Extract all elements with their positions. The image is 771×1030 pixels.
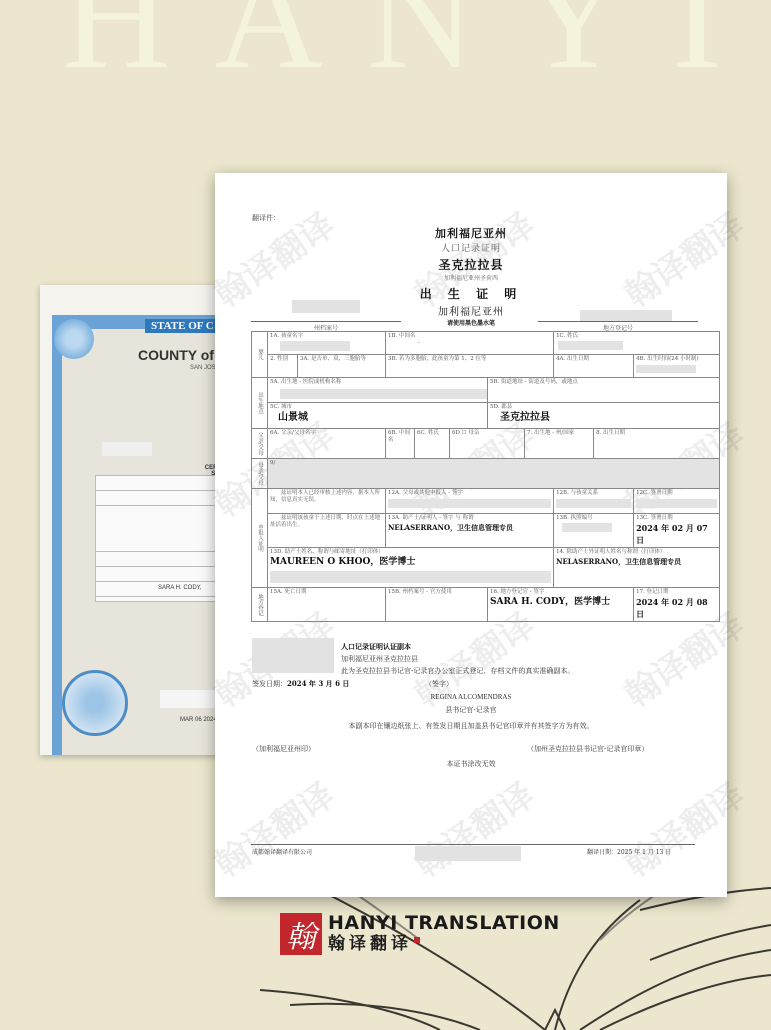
field-2: 2. 性别 [268,355,298,378]
redaction [292,300,360,313]
bg-letter: H [62,0,170,92]
date-issued: MAR 06 2024 [180,717,217,723]
footer-translation-date: 翻译日期：2025 年 1 月 13 日 [587,847,671,856]
field-3a: 3A. 是否单、双、三胞胎等 [298,355,386,378]
field-4b: 4B. 出生时间(24 小时制) [634,355,720,378]
void-note: 本证书涂改无效 [215,759,727,769]
redaction [102,442,152,456]
statement-attendant: 兹证明该孩童于上述日期、时点在上述地址活着出生。 [268,514,386,548]
redaction [580,310,672,321]
field-15b: 15B. 州档案号 - 官方使用 [386,588,488,622]
logo-dot-icon [414,937,420,943]
logo-mark-icon: 翰 [280,913,322,955]
field-16: 16. 地方登记官 - 签字SARA H. CODY，医学博士 [488,588,634,622]
validity-note: 本副本印在镶边纸张上、有签发日期且加盖县书记官印章并有其签字方为有效。 [215,721,727,731]
ornament-icon [54,319,94,359]
auth-county: 加利福尼亚州圣克拉拉县 [341,654,418,664]
logo-english: HANYI TRANSLATION [328,913,560,933]
signature-label: （签字） [425,679,453,689]
watermark: 翰译翻译 [403,768,543,886]
book-illustration-icon [0,880,771,1030]
field-1c: 1C. 姓氏 [554,332,720,355]
field-12c: 12C. 签署日期 [634,489,720,514]
statement-parent: 兹证明本人已经审核上述内容，据本人所知，信息真实无误。 [268,489,386,514]
field-5c: 5C. 城市山景城 [268,403,488,429]
bg-letter: A [215,0,323,92]
registrar-title: 县书记官-记录官 [215,705,727,715]
auth-statement: 此为圣克拉拉县书记官-记录官办公室正式登记、存档文件的真实准确副本。 [341,666,574,676]
field-1a: 1A. 孩童名字 [268,332,386,355]
field-13b: 13B. 执照编号 [554,514,634,548]
section-registrar: 地方登记 [252,588,268,622]
hanyi-logo: 翰 HANYI TRANSLATION 翰译翻译 [280,913,560,955]
background-brand-letters: H A N Y I [62,0,722,92]
field-12a: 12A. 父母或其他申报人 - 签字 [386,489,554,514]
state-seal-label: （加利福尼亚州印） [252,744,315,754]
section-child: 婴儿 [252,332,268,378]
bg-letter: Y [520,0,628,92]
section-father: 父亲/父母 [252,429,268,459]
bg-letter: I [672,0,722,92]
field-9: 9/ [268,459,720,489]
section-mother: 母亲/父母 [252,459,268,489]
translation-label: 翻译件： [252,213,280,223]
registrar-name: REGINA ALCOMENDRAS [215,693,727,701]
county-subtitle: SAN JOS [190,365,216,371]
field-15a: 15A. 死亡日期 [268,588,386,622]
field-5a: 5A. 出生地 - 医院或机构名称 [268,378,488,403]
field-1b: 1B. 中间名- [386,332,554,355]
field-13a: 13A. 助产士/证明人 - 签字 与 称谓NELASERRANO，卫生信息管理… [386,514,554,548]
field-6a: 6A. 父亲/父母名字 [268,429,386,459]
field-17: 17. 登记日期2024 年 02 月 08 日 [634,588,720,622]
redaction [415,846,521,861]
header-county-sub: 加利福尼亚州圣荷西 [215,273,727,282]
registrar-name: SARA H. CODY, [158,585,202,591]
redaction [252,638,334,673]
field-5b: 5B. 街道地址 - 街道及号码，或地点 [488,378,720,403]
header-vital-records: 人口记录证明 [215,241,727,254]
translated-document: 翰译翻译 翰译翻译 翰译翻译 翰译翻译 翰译翻译 翰译翻译 翰译翻译 翰译翻译 … [215,173,727,897]
state-seal-icon [62,670,128,736]
watermark: 翰译翻译 [203,768,343,886]
auth-title: 人口记录证明认证副本 [341,642,411,652]
issue-date: 签发日期：2024 年 3 月 6 日 [252,679,349,689]
footer-divider [251,844,695,845]
divider [251,321,401,322]
section-certifier: 申报人证明 [252,489,268,588]
field-13d: 13D. 助产士姓名、称谓与邮寄地址（打印体）MAUREEN O KHOO，医学… [268,548,554,588]
logo-chinese: 翰译翻译 [328,934,412,954]
footer-company: 成都翰译翻译有限公司 [252,847,312,856]
county-seal-label: （加州圣克拉拉县书记官-记录官印章） [527,744,648,754]
field-3b: 3B. 若为多胞胎，此孩童为第 1、2 位等 [386,355,554,378]
birth-certificate-form: 婴儿 1A. 孩童名字 1B. 中间名- 1C. 姓氏 2. 性别 3A. 是否… [251,331,720,622]
watermark: 翰译翻译 [613,768,753,886]
field-6b: 6B. 中间名 [386,429,415,459]
field-6c: 6C. 姓氏 [415,429,450,459]
header-state: 加利福尼亚州 [215,225,727,241]
field-4a: 4A. 出生日期 [554,355,634,378]
field-14: 14. 除助产士外证明人姓名与称谓（打印体）NELASERRANO，卫生信息管理… [554,548,720,588]
field-8: 8. 出生日期 [594,429,720,459]
field-6d: 6D ☐ 母亲 [450,429,525,459]
header-county: 圣克拉拉县 [215,256,727,273]
bg-letter: N [367,0,475,92]
original-certificate-photo: STATE OF C COUNTY of S SAN JOS CERTIFICA… [40,285,240,755]
field-5d: 5D. 郡县圣克拉拉县 [488,403,720,429]
county-title: COUNTY of S [138,347,227,363]
divider [538,321,698,322]
field-13c: 13C. 签署日期2024 年 02 月 07 日 [634,514,720,548]
section-birthplace: 出生地点 [252,378,268,429]
field-12b: 12B. 与孩童关系 [554,489,634,514]
field-7: 7. 出生地 - 州/国家 [525,429,594,459]
